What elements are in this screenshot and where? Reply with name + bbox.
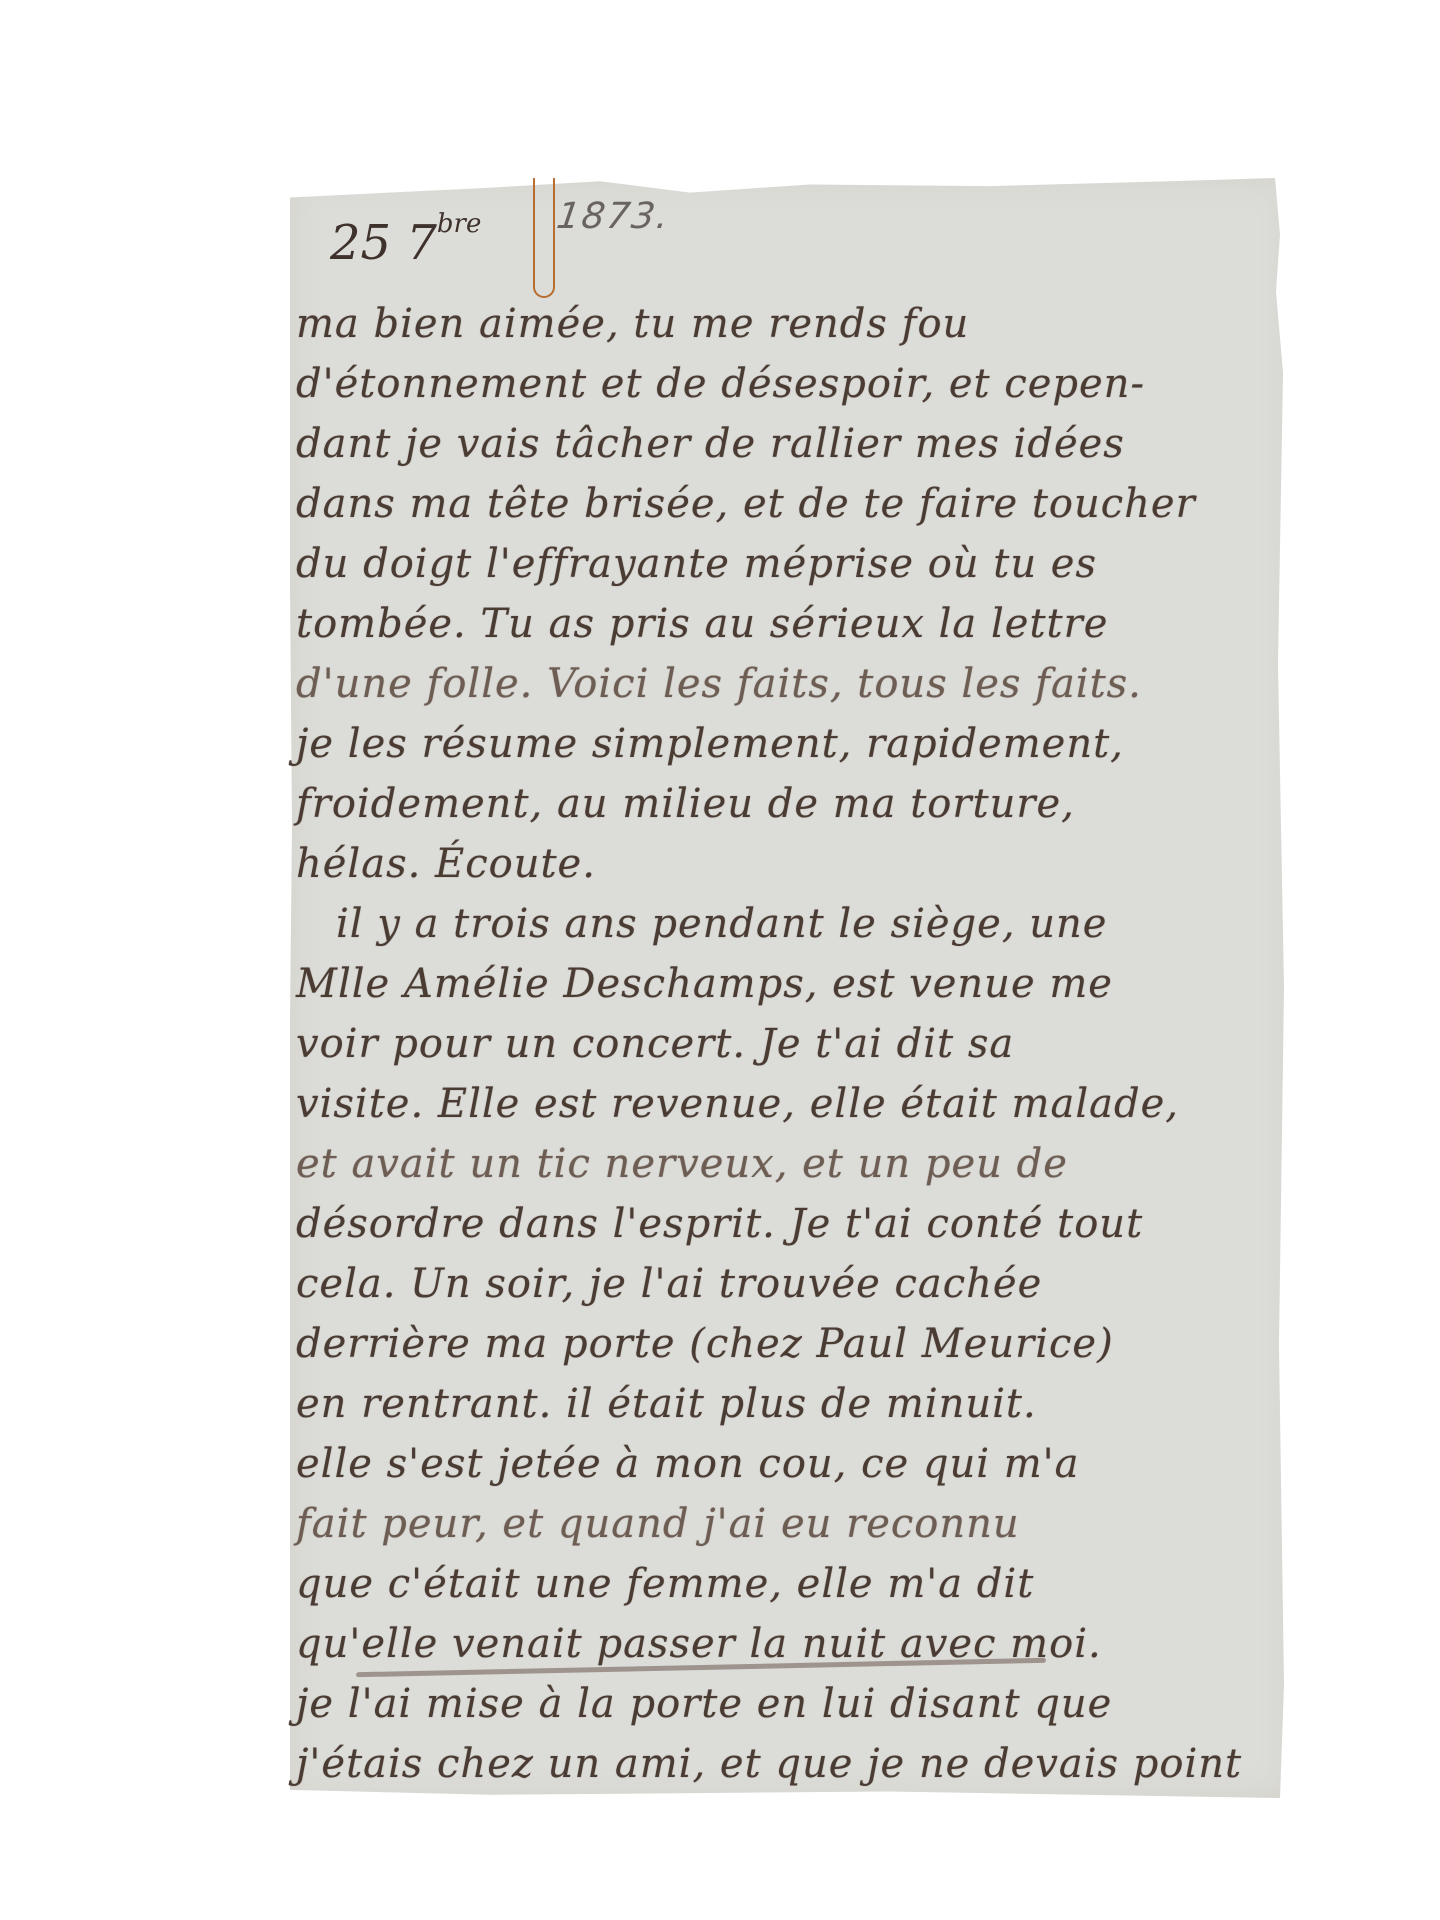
letter-line: voir pour un concert. Je t'ai dit sa [296,1014,1296,1074]
letter-line: hélas. Écoute. [296,834,1296,894]
letter-line: du doigt l'effrayante méprise où tu es [296,534,1296,594]
letter-line: cela. Un soir, je l'ai trouvée cachée [296,1254,1296,1314]
letter-body: ma bien aimée, tu me rends fou d'étonnem… [296,294,1296,1794]
letter-line: elle s'est jetée à mon cou, ce qui m'a [296,1434,1296,1494]
letter-line: fait peur, et quand j'ai eu reconnu [296,1494,1296,1554]
letter-line: il y a trois ans pendant le siège, une [296,894,1296,954]
letter-line: visite. Elle est revenue, elle était mal… [296,1074,1296,1134]
paperclip-mark-icon [533,178,555,298]
letter-line: derrière ma porte (chez Paul Meurice) [296,1314,1296,1374]
date-superscript: bre [437,209,481,239]
letter-line: tombée. Tu as pris au sérieux la lettre [296,594,1296,654]
letter-line: j'étais chez un ami, et que je ne devais… [296,1734,1296,1794]
letter-line: dant je vais tâcher de rallier mes idées [296,414,1296,474]
letter-line: froidement, au milieu de ma torture, [296,774,1296,834]
letter-line: et avait un tic nerveux, et un peu de [296,1134,1296,1194]
letter-date: 25 7bre [330,215,481,271]
letter-line: dans ma tête brisée, et de te faire touc… [296,474,1296,534]
letter-line: je l'ai mise à la porte en lui disant qu… [296,1674,1296,1734]
letter-line: désordre dans l'esprit. Je t'ai conté to… [296,1194,1296,1254]
letter-line: Mlle Amélie Deschamps, est venue me [296,954,1296,1014]
letter-line-underlined: qu'elle venait passer la nuit avec moi. [296,1614,1296,1674]
letter-line: ma bien aimée, tu me rends fou [296,294,1296,354]
letter-line: je les résume simplement, rapidement, [296,714,1296,774]
letter-line: d'une folle. Voici les faits, tous les f… [296,654,1296,714]
date-heading: 25 7 [330,215,437,271]
archive-year-annotation: 1873. [554,196,673,237]
letter-line: que c'était une femme, elle m'a dit [296,1554,1296,1614]
letter-line: en rentrant. il était plus de minuit. [296,1374,1296,1434]
letter-line: d'étonnement et de désespoir, et cepen- [296,354,1296,414]
